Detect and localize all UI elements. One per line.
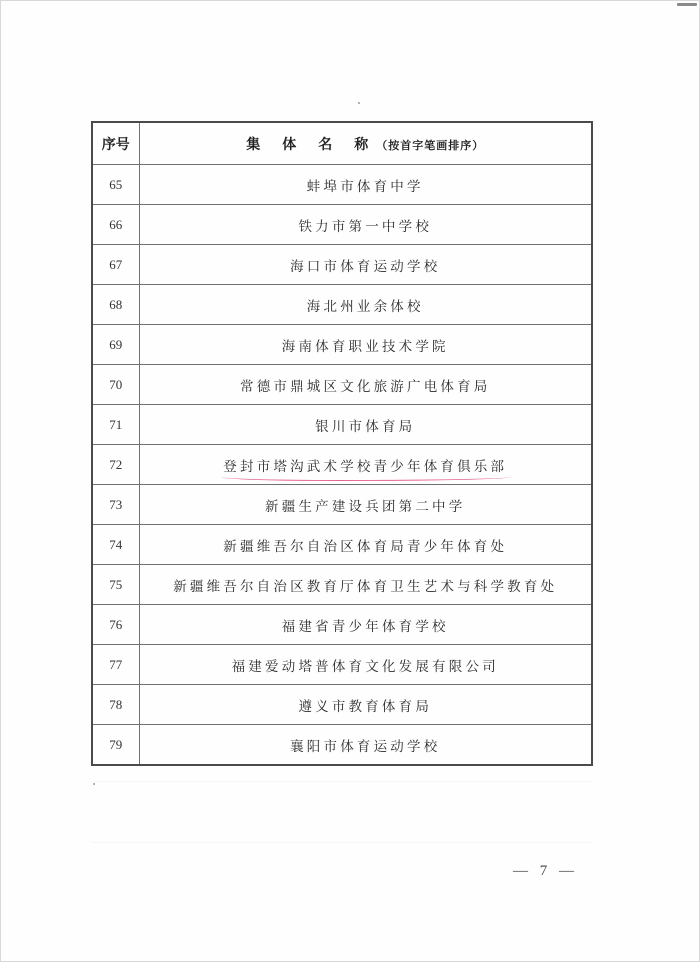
table-row: 78 遵义市教育体育局 — [92, 685, 592, 725]
table-row: 79 襄阳市体育运动学校 — [92, 725, 592, 766]
table-row: 68 海北州业余体校 — [92, 285, 592, 325]
row-name: 银川市体育局 — [139, 405, 592, 445]
table-row: 71 银川市体育局 — [92, 405, 592, 445]
row-name: 新疆维吾尔自治区体育局青少年体育处 — [139, 525, 592, 565]
handwritten-underline-mark: 登封市塔沟武术学校青少年体育俱乐部 — [223, 455, 507, 475]
table-row-highlighted: 72 登封市塔沟武术学校青少年体育俱乐部 — [92, 445, 592, 485]
row-number: 71 — [92, 405, 139, 445]
row-name: 登封市塔沟武术学校青少年体育俱乐部 — [139, 445, 592, 485]
table-row: 70 常德市鼎城区文化旅游广电体育局 — [92, 365, 592, 405]
row-name: 新疆维吾尔自治区教育厅体育卫生艺术与科学教育处 — [139, 565, 592, 605]
row-name: 新疆生产建设兵团第二中学 — [139, 485, 592, 525]
table-row: 77 福建爱动塔普体育文化发展有限公司 — [92, 645, 592, 685]
scan-bleedthrough — [91, 781, 593, 843]
header-sort-note: （按首字笔画排序） — [376, 139, 484, 152]
table-row: 76 福建省青少年体育学校 — [92, 605, 592, 645]
row-number: 79 — [92, 725, 139, 766]
table-row: 65 蚌埠市体育中学 — [92, 165, 592, 205]
row-number: 76 — [92, 605, 139, 645]
row-name: 常德市鼎城区文化旅游广电体育局 — [139, 365, 592, 405]
row-number: 66 — [92, 205, 139, 245]
table-row: 69 海南体育职业技术学院 — [92, 325, 592, 365]
table-header-row: 序号 集体名称（按首字笔画排序） — [92, 122, 592, 165]
row-name: 遵义市教育体育局 — [139, 685, 592, 725]
row-name: 铁力市第一中学校 — [139, 205, 592, 245]
page-number: — 7 — — [513, 863, 578, 880]
table-row: 66 铁力市第一中学校 — [92, 205, 592, 245]
table-row: 74 新疆维吾尔自治区体育局青少年体育处 — [92, 525, 592, 565]
row-name: 海北州业余体校 — [139, 285, 592, 325]
row-number: 78 — [92, 685, 139, 725]
collective-list-table: 序号 集体名称（按首字笔画排序） 65 蚌埠市体育中学 66 铁力市第一中学校 … — [91, 121, 593, 766]
row-number: 67 — [92, 245, 139, 285]
header-name-label: 集体名称 — [246, 137, 390, 153]
row-number: 65 — [92, 165, 139, 205]
row-number: 70 — [92, 365, 139, 405]
row-number: 77 — [92, 645, 139, 685]
header-number: 序号 — [92, 122, 139, 165]
scan-speck — [358, 102, 360, 104]
row-name: 海口市体育运动学校 — [139, 245, 592, 285]
row-number: 75 — [92, 565, 139, 605]
row-name: 福建爱动塔普体育文化发展有限公司 — [139, 645, 592, 685]
row-number: 68 — [92, 285, 139, 325]
row-number: 74 — [92, 525, 139, 565]
table-row: 75 新疆维吾尔自治区教育厅体育卫生艺术与科学教育处 — [92, 565, 592, 605]
row-name: 襄阳市体育运动学校 — [139, 725, 592, 766]
scrollbar-thumb[interactable] — [677, 3, 697, 6]
row-name: 海南体育职业技术学院 — [139, 325, 592, 365]
header-name: 集体名称（按首字笔画排序） — [139, 122, 592, 165]
document-page: 序号 集体名称（按首字笔画排序） 65 蚌埠市体育中学 66 铁力市第一中学校 … — [0, 0, 700, 962]
row-name: 福建省青少年体育学校 — [139, 605, 592, 645]
row-number: 69 — [92, 325, 139, 365]
table-row: 73 新疆生产建设兵团第二中学 — [92, 485, 592, 525]
table-row: 67 海口市体育运动学校 — [92, 245, 592, 285]
scan-speck — [93, 783, 95, 785]
row-name: 蚌埠市体育中学 — [139, 165, 592, 205]
row-number: 72 — [92, 445, 139, 485]
row-number: 73 — [92, 485, 139, 525]
